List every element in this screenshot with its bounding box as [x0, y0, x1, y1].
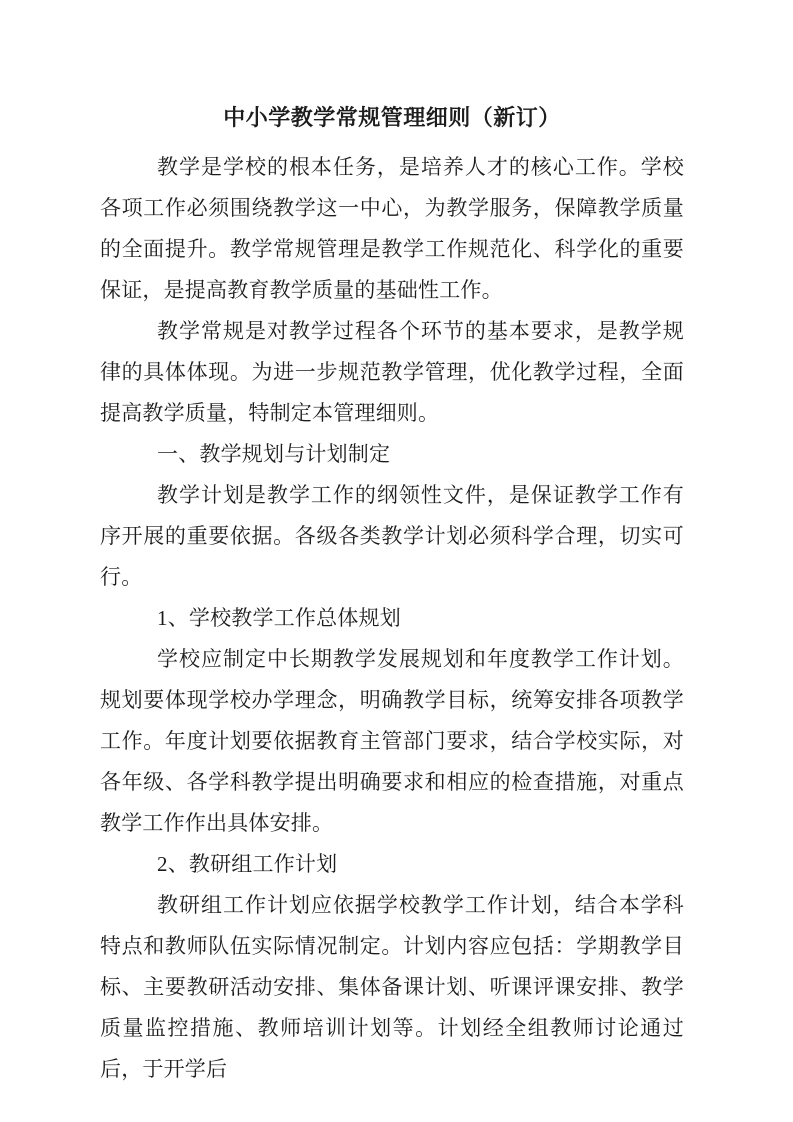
section-heading: 一、教学规划与计划制定	[100, 434, 684, 475]
document-body: 教学是学校的根本任务，是培养人才的核心工作。学校各项工作必须围绕教学这一中心，为…	[100, 147, 684, 1090]
paragraph: 教学常规是对教学过程各个环节的基本要求，是教学规律的具体体现。为进一步规范教学管…	[100, 311, 684, 434]
document-page: 中小学教学常规管理细则（新订） 教学是学校的根本任务，是培养人才的核心工作。学校…	[0, 0, 793, 1122]
section-heading: 2、教研组工作计划	[100, 844, 684, 885]
paragraph: 学校应制定中长期教学发展规划和年度教学工作计划。规划要体现学校办学理念，明确教学…	[100, 639, 684, 844]
document-content: 中小学教学常规管理细则（新订） 教学是学校的根本任务，是培养人才的核心工作。学校…	[100, 97, 684, 1090]
paragraph: 教研组工作计划应依据学校教学工作计划，结合本学科特点和教师队伍实际情况制定。计划…	[100, 885, 684, 1090]
paragraph: 教学计划是教学工作的纲领性文件，是保证教学工作有序开展的重要依据。各级各类教学计…	[100, 475, 684, 598]
document-title: 中小学教学常规管理细则（新订）	[100, 97, 684, 138]
paragraph: 教学是学校的根本任务，是培养人才的核心工作。学校各项工作必须围绕教学这一中心，为…	[100, 147, 684, 311]
section-heading: 1、学校教学工作总体规划	[100, 598, 684, 639]
